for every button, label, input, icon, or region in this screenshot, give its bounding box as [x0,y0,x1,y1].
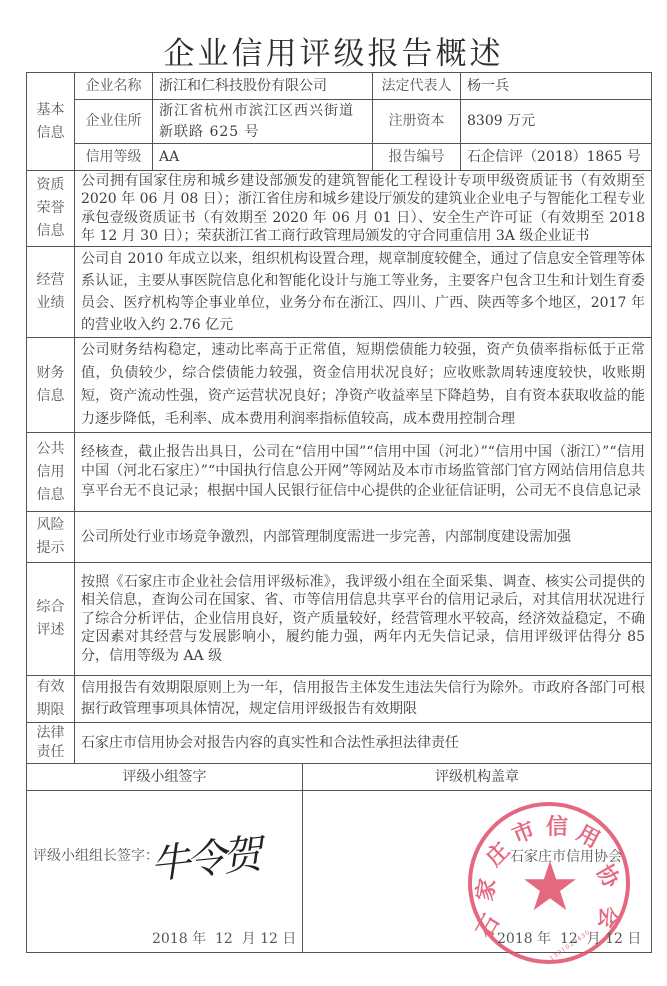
section-label-legal-liability: 法律责任 [26,722,75,764]
stamp-char: 家 [468,876,502,903]
stamp-char: 会 [593,905,626,930]
team-leader-signature-label: 评级小组组长签字： [33,845,159,865]
section-label-public-credit: 公共信用信息 [26,432,75,512]
value-report-number: 石企信评（2018）1865 号 [460,143,652,171]
label-report-number: 报告编号 [372,143,461,171]
section-label-qualifications: 资质荣誉信息 [26,170,75,247]
stamp-char: 信 [546,810,568,841]
rating-team-signature-header: 评级小组签字 [26,763,303,791]
org-name: 石家庄市信用协会 [510,846,622,866]
section-label-business-performance: 经营业绩 [26,246,75,338]
label-company-name: 企业名称 [74,72,153,100]
value-company-name: 浙江和仁科技股份有限公司 [152,72,373,100]
label-legal-rep: 法定代表人 [372,72,461,100]
section-text-financial-info: 公司财务结构稳定，速动比率高于正常值，短期偿债能力较强，资产负债率指标低于正常值… [74,337,652,433]
section-text-summary: 按照《石家庄市企业社会信用评级标准》，我评级小组在全面采集、调查、核实公司提供的… [74,562,652,676]
section-label-validity: 有效期限 [26,675,75,723]
handwritten-signature: 牛令贺 [147,823,260,891]
section-label-financial-info: 财务信息 [26,337,75,433]
value-registered-capital: 8309 万元 [460,99,652,144]
section-text-business-performance: 公司自 2010 年成立以来，组织机构设置合理，规章制度较健全，通过了信息安全管… [74,246,652,338]
value-company-address: 浙江省杭州市滨江区西兴街道新联路 625 号 [152,99,373,144]
section-text-risk-warning: 公司所处行业市场竞争激烈，内部管理制度需进一步完善，内部制度建设需加强 [74,511,652,563]
section-text-legal-liability: 石家庄市信用协会对报告内容的真实性和合法性承担法律责任 [74,722,652,764]
rating-org-stamp-header: 评级机构盖章 [302,763,652,791]
section-label-basic-info: 基本信息 [26,72,75,171]
section-label-summary: 综合评述 [26,562,75,676]
stamp-char: 市 [507,813,539,850]
section-text-qualifications: 公司拥有国家住房和城乡建设部颁发的建筑智能化工程设计专项甲级资质证书（有效期至 … [74,170,652,247]
section-label-risk-warning: 风险提示 [26,511,75,563]
star-icon [522,858,578,914]
label-company-address: 企业住所 [74,99,153,144]
label-credit-rating: 信用等级 [74,143,153,171]
right-date: 2018 年 12 月 12 日 [497,928,641,948]
value-legal-rep: 杨一兵 [460,72,652,100]
left-date: 2018 年 12 月 12 日 [152,928,296,948]
label-registered-capital: 注册资本 [372,99,461,144]
section-text-public-credit: 经核查，截止报告出具日，公司在“信用中国”“信用中国（河北）”“信用中国（浙江）… [74,432,652,512]
value-credit-rating: AA [152,143,373,171]
section-text-validity: 信用报告有效期限原则上为一年，信用报告主体发生违法失信行为除外。市政府各部门可根… [74,675,652,723]
page-title: 企业信用评级报告概述 [0,28,667,73]
